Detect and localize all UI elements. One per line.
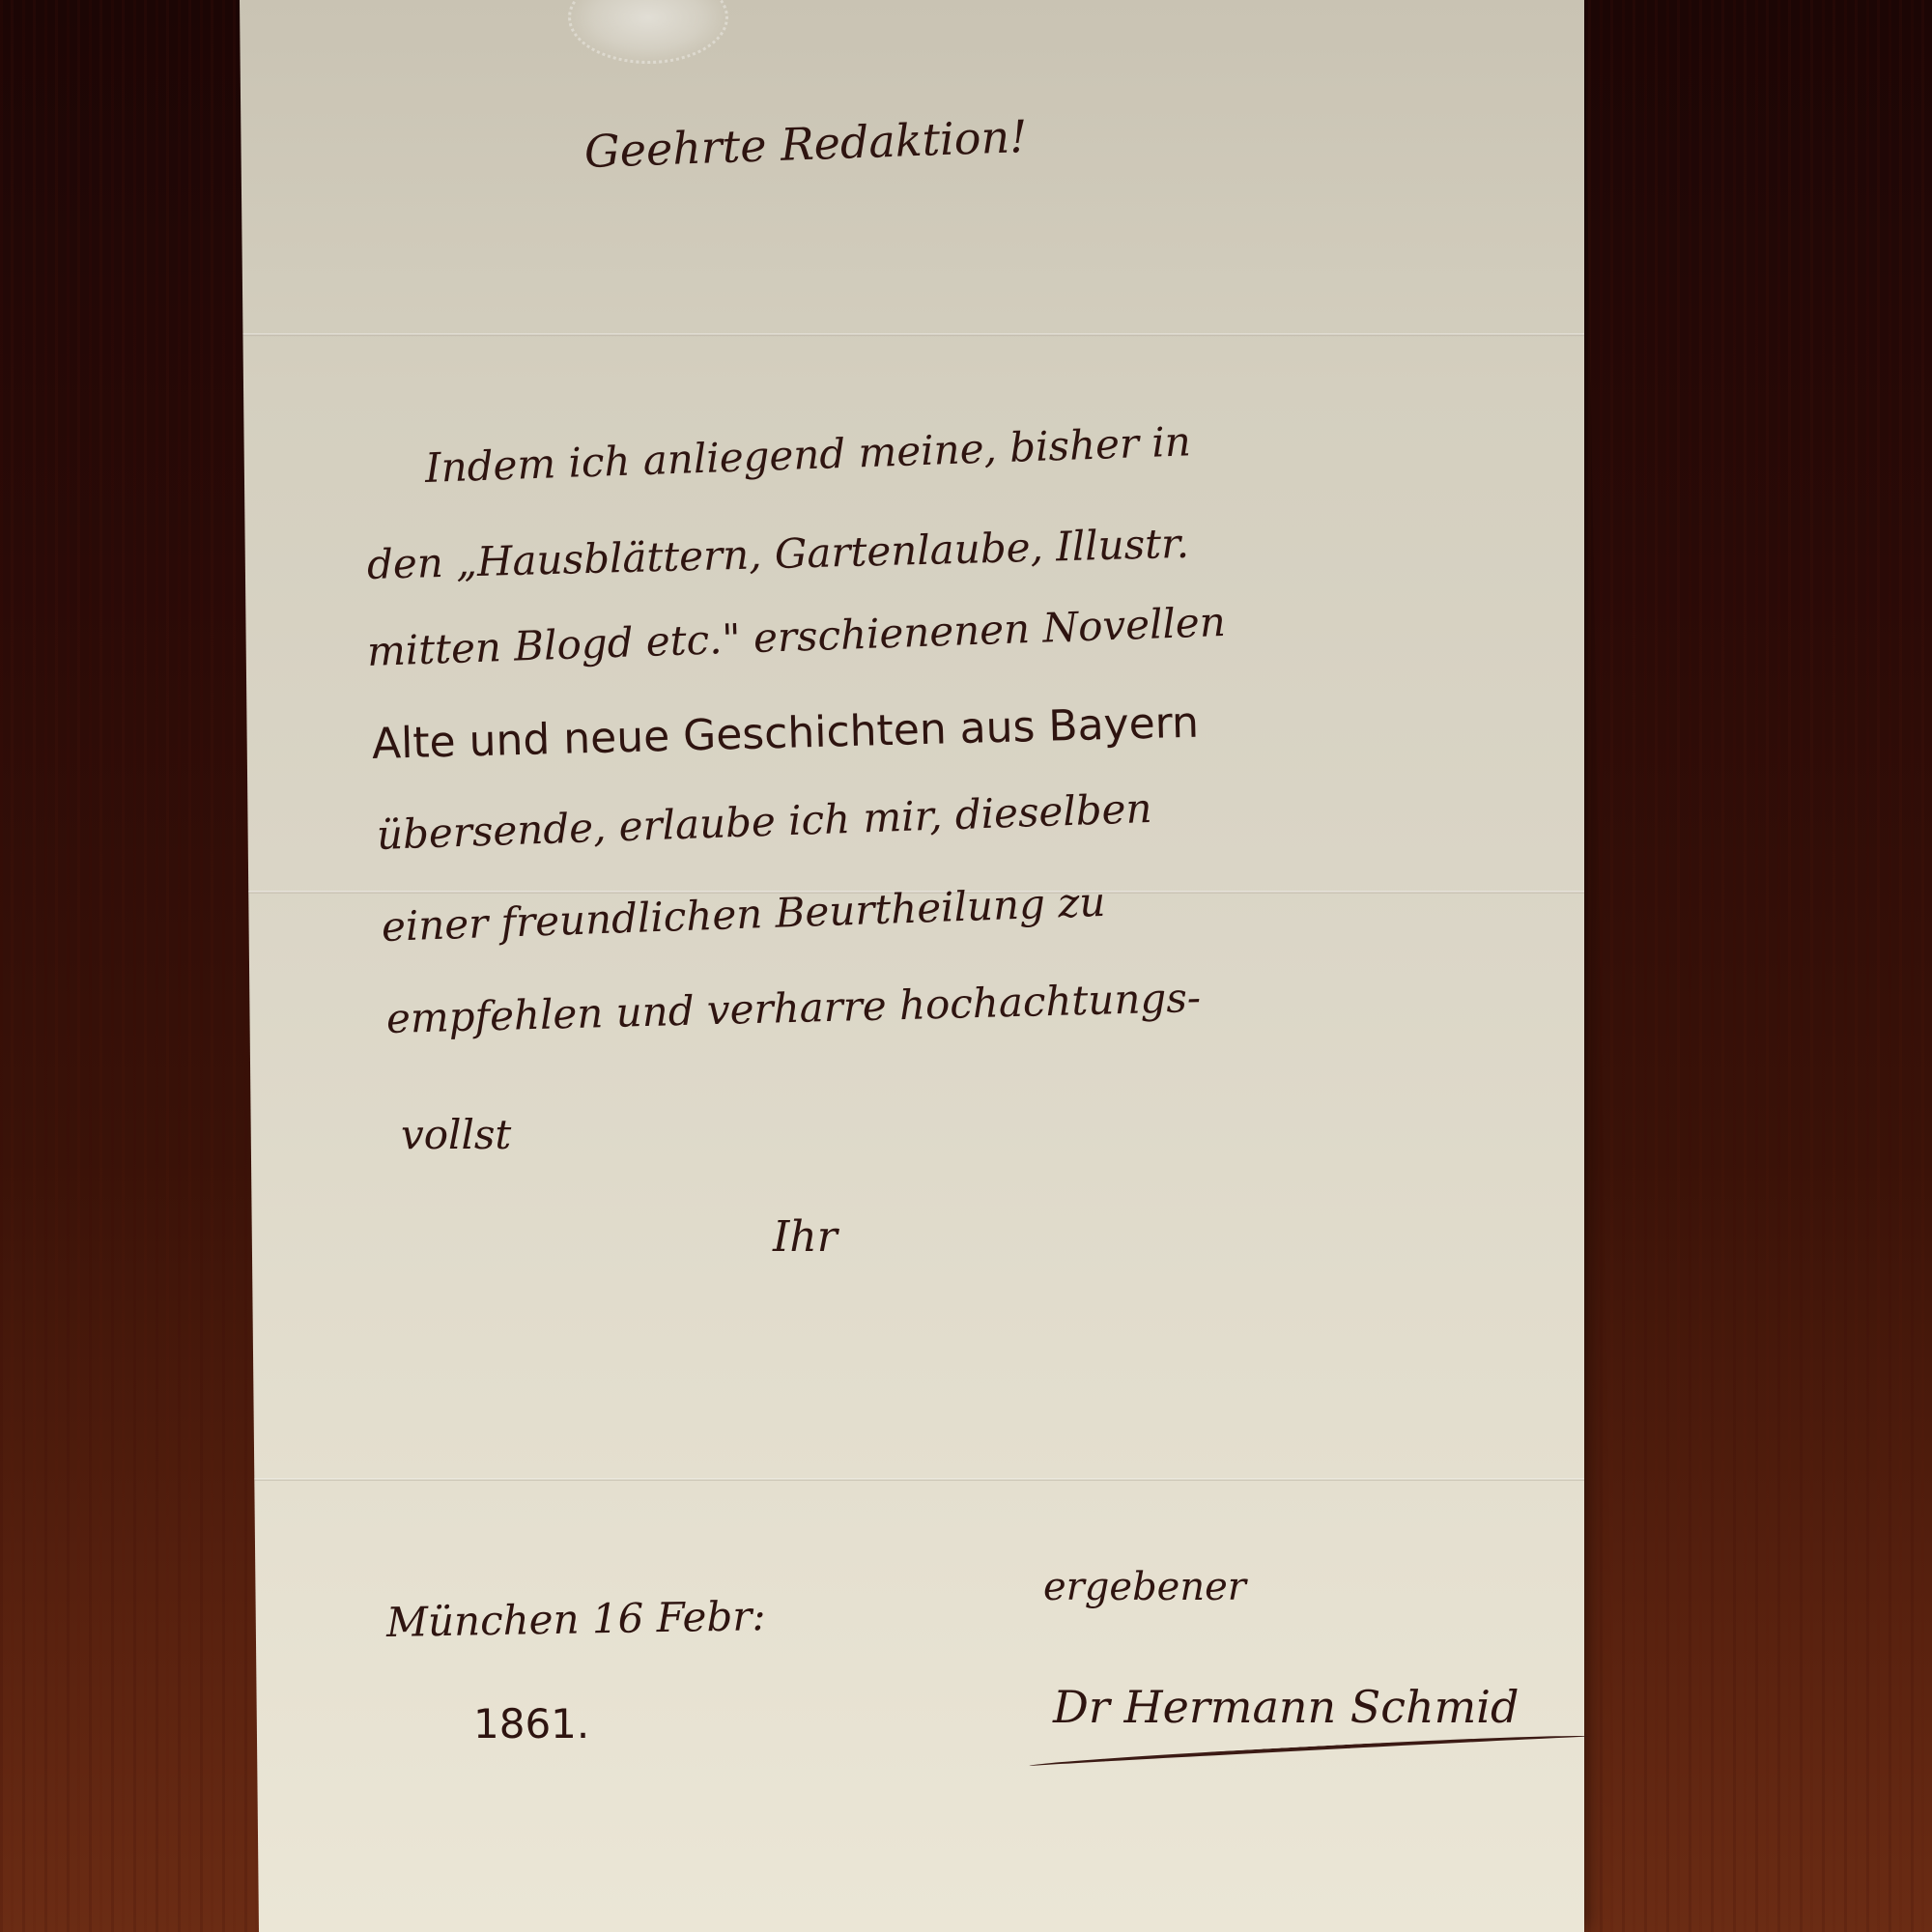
closing-ergebener: ergebener	[1043, 1565, 1246, 1609]
signature: Dr Hermann Schmid	[1053, 1681, 1519, 1733]
wooden-table-right	[1584, 0, 1932, 1932]
wooden-table-left	[0, 0, 241, 1932]
fold-line	[240, 1478, 1584, 1481]
embossed-seal-icon	[568, 0, 728, 64]
closing-ihr: Ihr	[773, 1212, 838, 1262]
place-date: München 16 Febr:	[386, 1592, 766, 1646]
date-year: 1861.	[473, 1700, 589, 1747]
fold-line	[240, 333, 1584, 336]
letter-body-line: vollst	[401, 1111, 511, 1158]
